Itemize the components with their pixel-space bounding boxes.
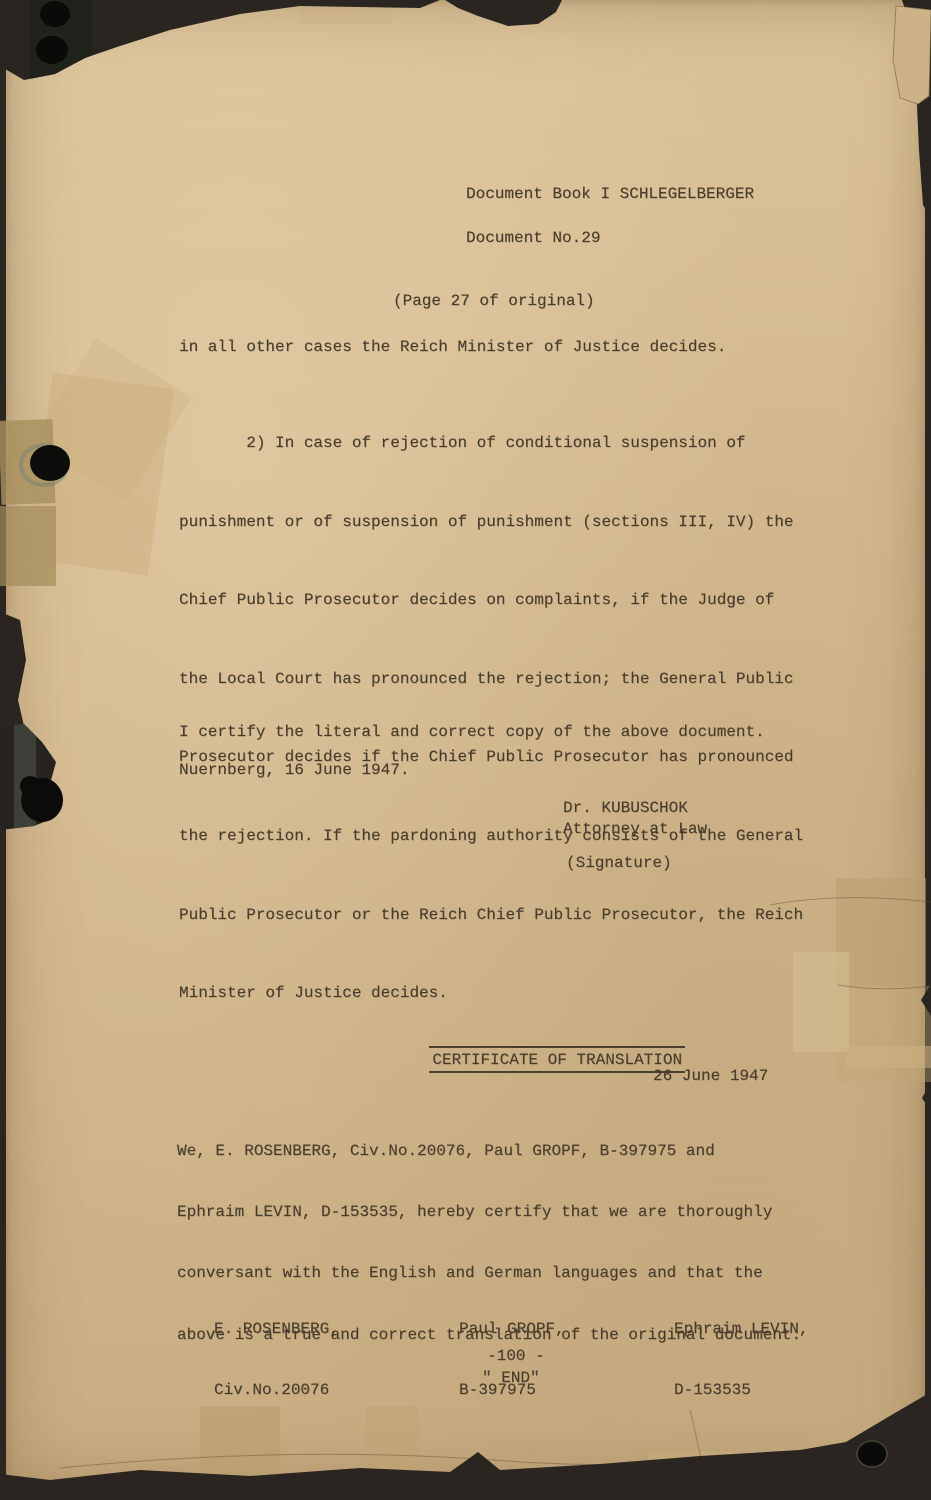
signer-id: Civ.No.20076 (214, 1381, 339, 1402)
intro-line: in all other cases the Reich Minister of… (179, 337, 726, 357)
signer-id: D-153535 (674, 1381, 808, 1402)
attorney-title: Attorney at Law (563, 819, 707, 839)
signer-name: E. ROSENBERG, (214, 1320, 339, 1341)
certificate-title: CERTIFICATE OF TRANSLATION (429, 1046, 685, 1073)
document-number: Document No.29 (466, 228, 600, 248)
attorney-name: Dr. KUBUSCHOK (563, 798, 688, 818)
scanned-document-page: Document Book I SCHLEGELBERGER Document … (0, 0, 931, 1500)
certificate-date: 26 June 1947 (653, 1066, 768, 1086)
signature-note: (Signature) (566, 853, 672, 873)
place-and-date: Nuernberg, 16 June 1947. (179, 760, 409, 780)
certificate-body-line: We, E. ROSENBERG, Civ.No.20076, Paul GRO… (177, 1142, 801, 1163)
signer-name: Paul GROPF, (459, 1320, 565, 1341)
paragraph-2-line: 2) In case of rejection of conditional s… (179, 434, 803, 473)
signer-block-levin: Ephraim LEVIN, D-153535 (674, 1280, 808, 1442)
signer-name: Ephraim LEVIN, (674, 1320, 808, 1341)
paragraph-2-line: Minister of Justice decides. (179, 984, 803, 1023)
paragraph-2-line: Public Prosecutor or the Reich Chief Pub… (179, 906, 803, 945)
paragraph-2-line: the Local Court has pronounced the rejec… (179, 670, 803, 709)
certification-line: I certify the literal and correct copy o… (179, 722, 765, 742)
paragraph-2-line: punishment or of suspension of punishmen… (179, 513, 803, 552)
page-reference: (Page 27 of original) (393, 291, 595, 311)
signer-block-rosenberg: E. ROSENBERG, Civ.No.20076 (214, 1280, 339, 1442)
paragraph-2-line: Chief Public Prosecutor decides on compl… (179, 591, 803, 630)
paragraph-2-line: the rejection. If the pardoning authorit… (179, 827, 803, 866)
certificate-body-line: Ephraim LEVIN, D-153535, hereby certify … (177, 1203, 801, 1224)
document-book-title: Document Book I SCHLEGELBERGER (466, 184, 754, 204)
page-number: -100 - (487, 1346, 545, 1366)
certificate-title-wrap: CERTIFICATE OF TRANSLATION (391, 1026, 685, 1093)
end-mark: " END" (482, 1368, 540, 1388)
